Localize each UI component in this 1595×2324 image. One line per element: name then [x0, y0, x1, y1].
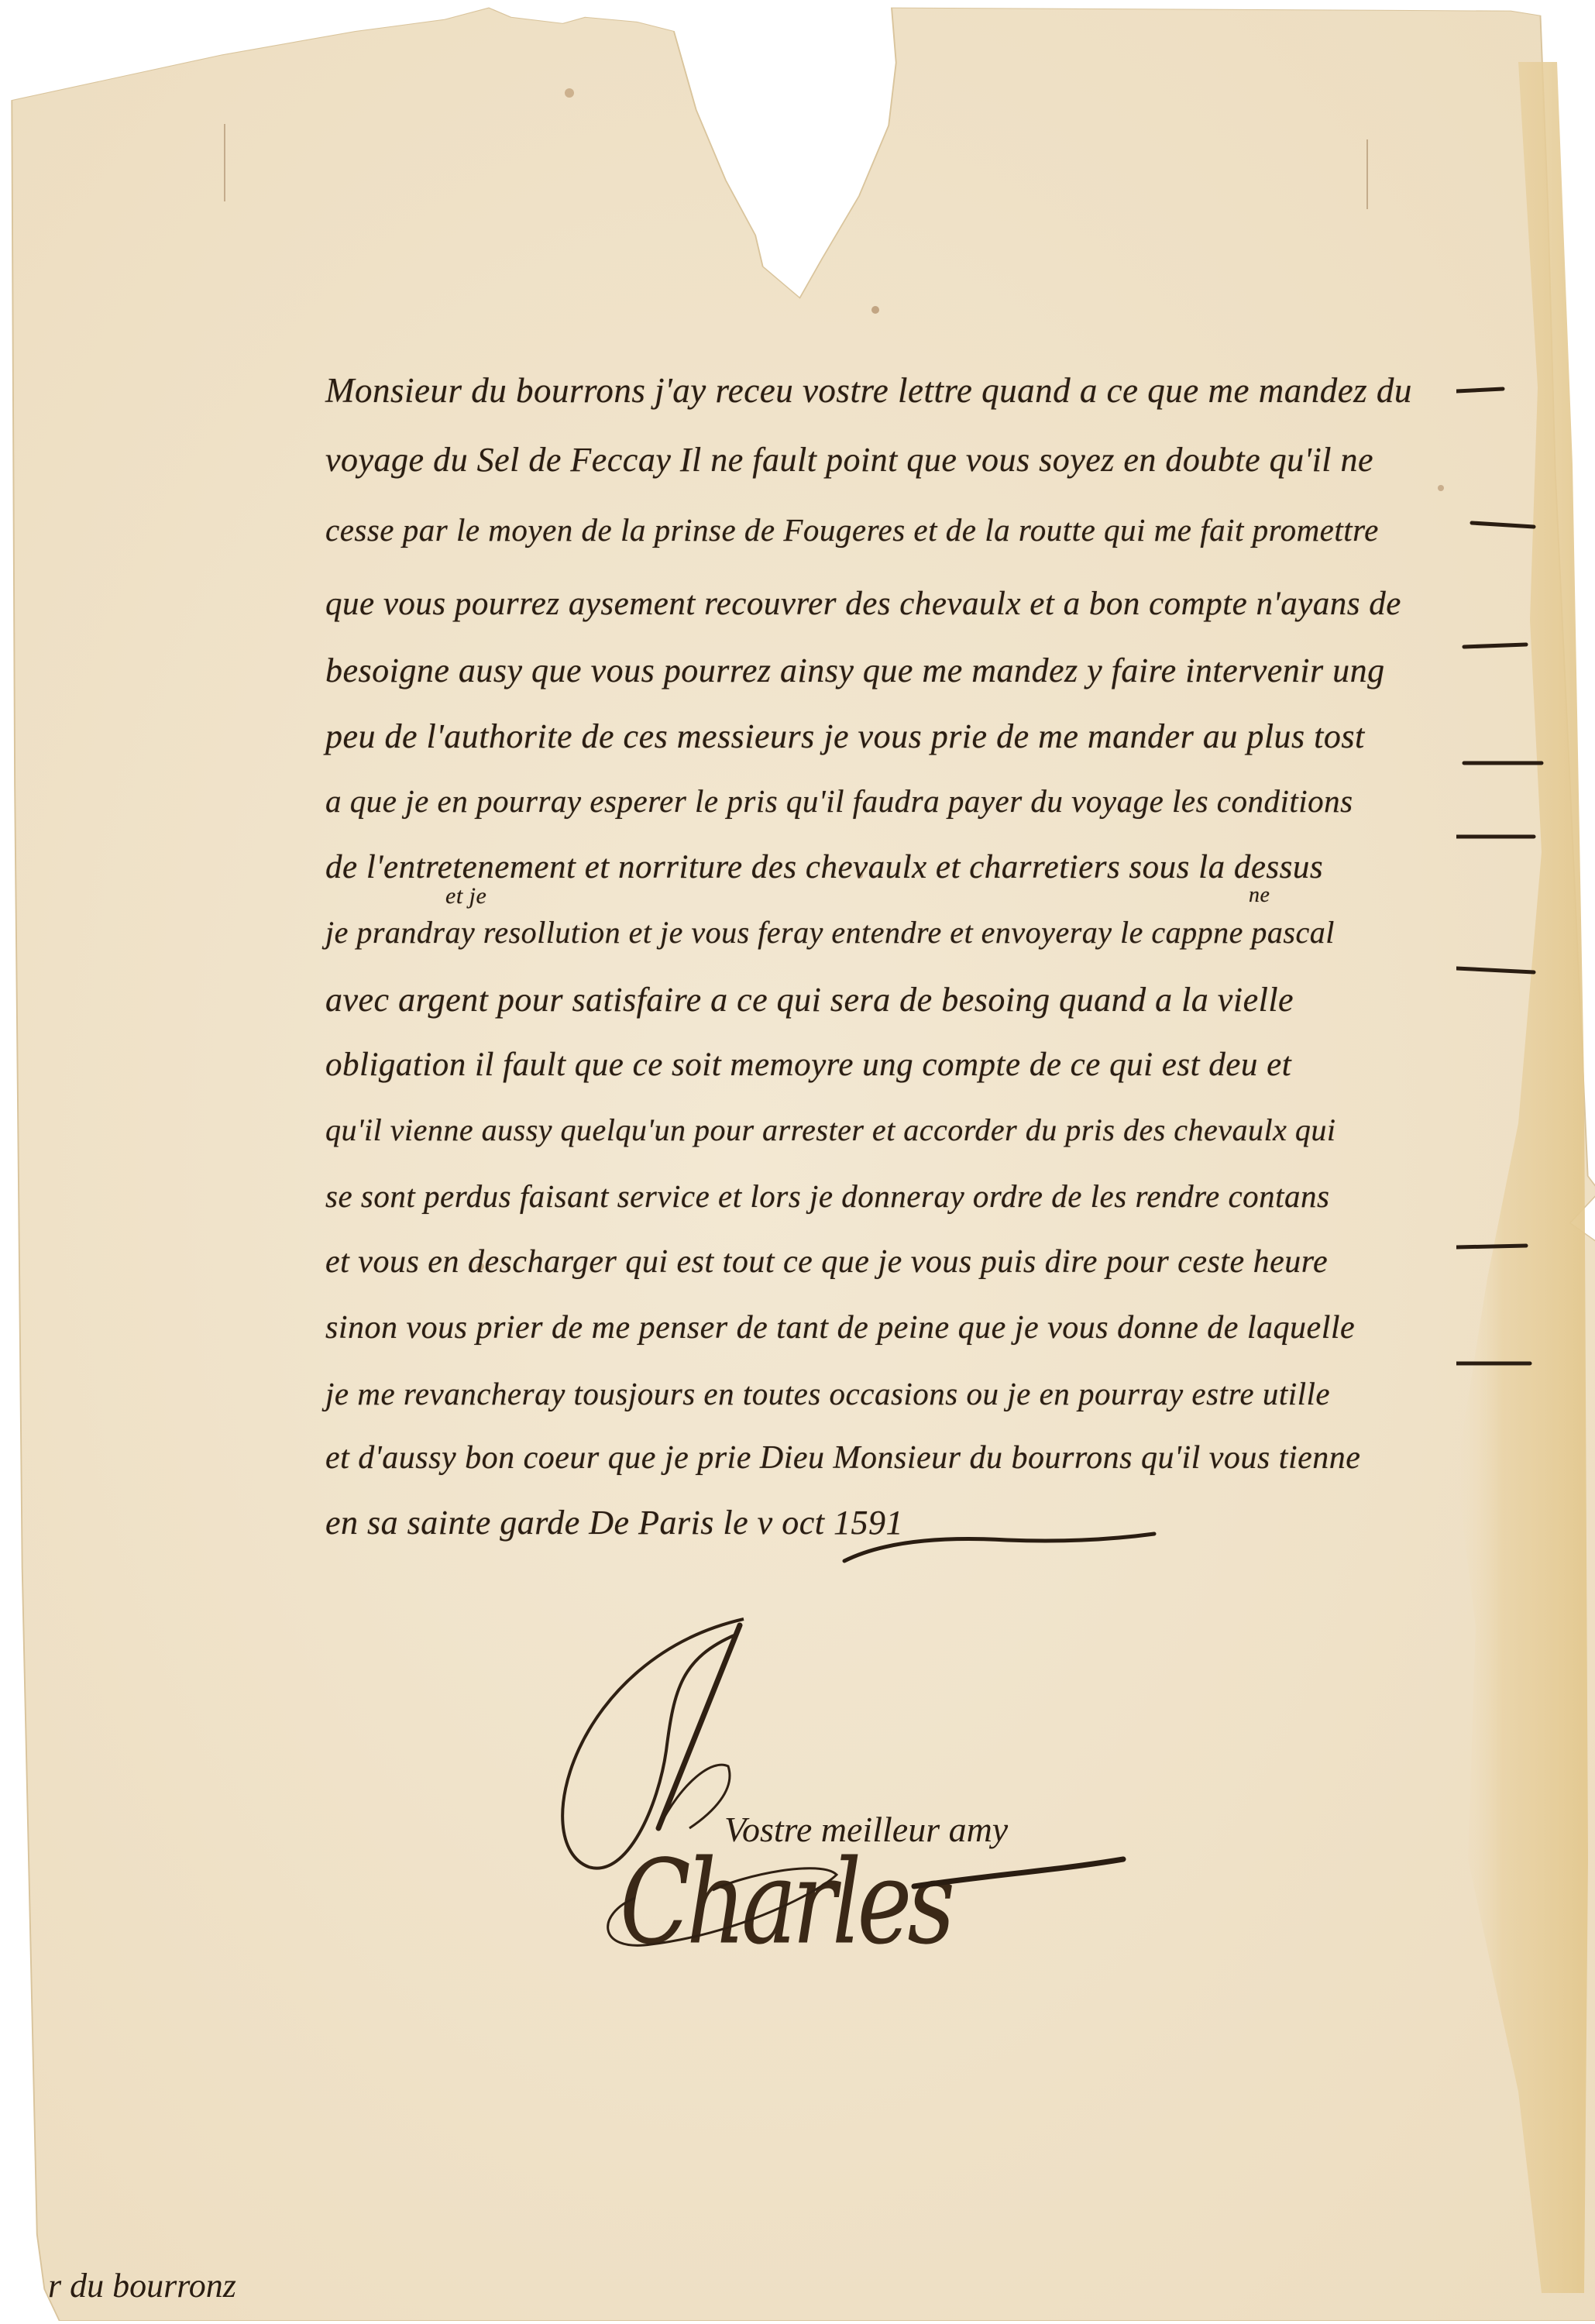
letter-line-5: besoigne ausy que vous pourrez ainsy que…	[325, 651, 1385, 690]
superscript-note: ne	[1249, 883, 1270, 908]
letter-line-16: je me revancheray tousjours en toutes oc…	[325, 1375, 1330, 1412]
letter-line-2: voyage du Sel de Feccay Il ne fault poin…	[325, 440, 1373, 480]
letter-line-7: a que je en pourray esperer le pris qu'i…	[325, 782, 1353, 820]
letter-line-18: en sa sainte garde De Paris le v oct 159…	[325, 1503, 903, 1542]
letter-line-6: peu de l'authorite de ces messieurs je v…	[325, 717, 1365, 756]
letter-line-14: et vous en descharger qui est tout ce qu…	[325, 1243, 1328, 1281]
letter-line-10: avec argent pour satisfaire a ce qui ser…	[325, 980, 1294, 1019]
letter-line-3: cesse par le moyen de la prinse de Fouge…	[325, 511, 1379, 548]
letter-line-8: de l'entretenement et norriture des chev…	[325, 848, 1323, 886]
letter-page: Monsieur du bourrons j'ay receu vostre l…	[0, 0, 1595, 2324]
letter-line-1: Monsieur du bourrons j'ay receu vostre l…	[325, 370, 1412, 411]
interlinear-note: et je	[445, 883, 486, 909]
line-end-dashes	[1456, 372, 1549, 1394]
letter-line-9: je prandray resollution et je vous feray…	[325, 914, 1335, 951]
letter-line-4: que vous pourrez aysement recouvrer des …	[325, 585, 1401, 623]
letter-line-15: sinon vous prier de me penser de tant de…	[325, 1309, 1355, 1346]
date-underline-flourish	[837, 1518, 1162, 1573]
letter-line-12: qu'il vienne aussy quelqu'un pour arrest…	[325, 1112, 1336, 1148]
letter-line-17: et d'aussy bon coeur que je prie Dieu Mo…	[325, 1439, 1360, 1477]
signature-underline-loop	[589, 1844, 1208, 1983]
docket-note: r du bourronz	[48, 2266, 236, 2305]
letter-line-11: obligation il fault que ce soit memoyre …	[325, 1046, 1291, 1084]
letter-line-13: se sont perdus faisant service et lors j…	[325, 1177, 1330, 1215]
